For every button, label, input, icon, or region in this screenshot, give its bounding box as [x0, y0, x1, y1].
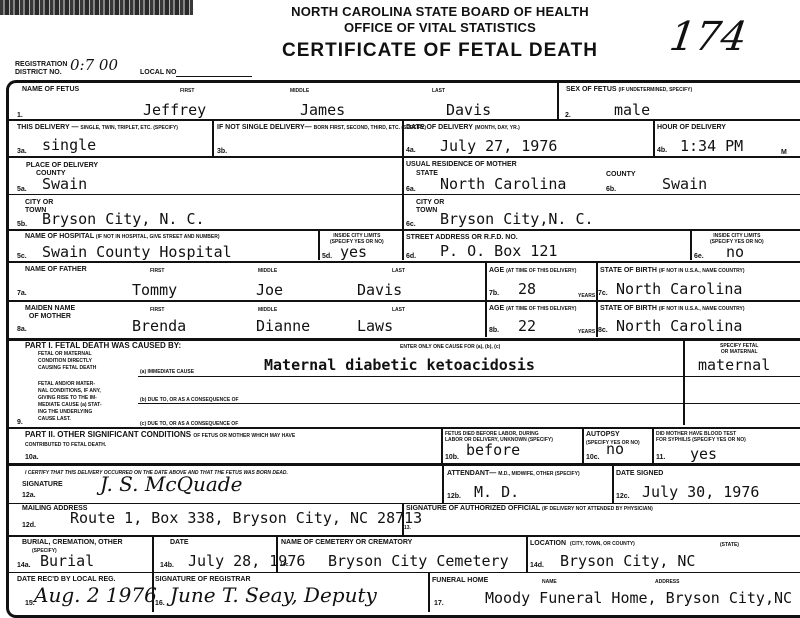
direct-cause-label: FETAL OR MATERNALCONDITION DIRECTLYCAUSI…	[38, 351, 96, 372]
immediate-cause[interactable]: Maternal diabetic ketoacidosis	[264, 356, 535, 374]
fetal-or-maternal[interactable]: maternal	[698, 356, 770, 374]
divider	[596, 261, 598, 337]
cemetery-name[interactable]: Bryson City Cemetery	[328, 552, 509, 570]
fetus-first-name[interactable]: Jeffrey	[143, 101, 206, 119]
this-delivery-label: THIS DELIVERY — SINGLE, TWIN, TRIPLET, E…	[17, 124, 178, 132]
place-label: PLACE OF DELIVERY	[26, 162, 98, 170]
divider	[485, 261, 487, 337]
field-number: 3a.	[17, 148, 27, 155]
field-number: 12b.	[447, 493, 461, 500]
field-number: 13.	[404, 525, 411, 531]
died-when[interactable]: before	[466, 441, 520, 459]
delivery-hour[interactable]: 1:34 PM	[680, 137, 743, 155]
field-number: 7c.	[598, 290, 608, 297]
hour-suffix: M	[781, 149, 787, 156]
residence-county[interactable]: Swain	[662, 175, 707, 193]
divider	[9, 229, 800, 231]
residence-city[interactable]: Bryson City,N. C.	[440, 210, 594, 228]
field-number: 10a.	[25, 454, 39, 461]
last-label: LAST	[392, 267, 405, 275]
field-number: 12d.	[22, 522, 36, 529]
field-number: 12a.	[22, 492, 36, 499]
fetus-last-name[interactable]: Davis	[446, 101, 491, 119]
physician-signature[interactable]: J. S. McQuade	[100, 472, 242, 496]
field-number: 6a.	[406, 186, 416, 193]
divider	[9, 463, 800, 466]
hospital-label: NAME OF HOSPITAL (IF NOT IN HOSPITAL, GI…	[25, 233, 220, 241]
delivery-order-label: IF NOT SINGLE DELIVERY— BORN FIRST, SECO…	[217, 124, 426, 132]
burial-location[interactable]: Bryson City, NC	[560, 552, 695, 570]
age-label: AGE (AT TIME OF THIS DELIVERY)	[489, 305, 576, 313]
divider	[402, 156, 404, 260]
divider	[653, 119, 655, 157]
divider	[9, 156, 800, 158]
hour-label: HOUR OF DELIVERY	[657, 124, 726, 132]
divider	[9, 535, 800, 537]
field-number: 8c.	[598, 327, 608, 334]
field-number: 14b.	[160, 562, 174, 569]
divider	[9, 300, 800, 302]
divider	[652, 427, 654, 463]
residence-state[interactable]: North Carolina	[440, 175, 566, 193]
divider	[9, 427, 800, 429]
divider	[138, 403, 800, 404]
residence-inside-limits[interactable]: no	[726, 243, 744, 261]
divider	[441, 427, 443, 463]
divider	[9, 194, 800, 195]
divider	[612, 463, 614, 503]
divider	[318, 229, 320, 260]
mother-age[interactable]: 22	[518, 317, 536, 335]
attendant[interactable]: M. D.	[474, 483, 519, 501]
field-number: 5b.	[17, 221, 27, 228]
place-county[interactable]: Swain	[42, 175, 87, 193]
mother-first-name[interactable]: Brenda	[132, 317, 186, 335]
father-last-name[interactable]: Davis	[357, 281, 402, 299]
signature-label: SIGNATURE	[22, 481, 63, 489]
date-delivery-label: DATE OF DELIVERY (MONTH, DAY, YR.)	[406, 124, 520, 132]
field-number: 6b.	[606, 186, 616, 193]
mother-birth-state[interactable]: North Carolina	[616, 317, 742, 335]
last-label: LAST	[432, 87, 445, 95]
fetus-sex[interactable]: male	[614, 101, 650, 119]
field-number: 2.	[565, 112, 571, 119]
blood-test[interactable]: yes	[690, 445, 717, 463]
state-label: STATE	[416, 170, 438, 178]
name-label: NAME	[542, 578, 557, 586]
place-inside-limits[interactable]: yes	[340, 243, 367, 261]
residence-label: USUAL RESIDENCE OF MOTHER	[406, 161, 517, 169]
contributing-label: FETAL AND/OR MATER-NAL CONDITIONS, IF AN…	[38, 381, 102, 423]
years-label: YEARS	[578, 292, 595, 300]
field-number: 5d.	[322, 253, 332, 260]
middle-label: MIDDLE	[290, 87, 309, 95]
address-label: ADDRESS	[655, 578, 679, 586]
district-number[interactable]: 0:7 00	[70, 56, 118, 74]
father-birth-state[interactable]: North Carolina	[616, 280, 742, 298]
funeral-home-label: FUNERAL HOME	[432, 577, 488, 585]
local-number-label: LOCAL NO	[140, 69, 176, 76]
field-number: 6e.	[694, 253, 704, 260]
father-label: NAME OF FATHER	[25, 266, 87, 274]
immediate-cause-label: (a) IMMEDIATE CAUSE	[140, 368, 194, 376]
attendant-label: ATTENDANT— M.D., MIDWIFE, OTHER (SPECIFY…	[447, 470, 580, 478]
funeral-home[interactable]: Moody Funeral Home, Bryson City,NC	[485, 589, 792, 607]
divider	[138, 376, 800, 377]
divider	[582, 427, 584, 463]
divider	[442, 463, 444, 503]
mother-last-name[interactable]: Laws	[357, 317, 393, 335]
date-signed[interactable]: July 30, 1976	[642, 483, 759, 501]
field-number: 10c.	[586, 454, 600, 461]
divider	[9, 261, 800, 263]
first-label: FIRST	[150, 306, 164, 314]
field-number: 1.	[17, 112, 23, 119]
disposition-label: BURIAL, CREMATION, OTHER	[22, 539, 123, 547]
field-number: 4a.	[406, 147, 416, 154]
field-number: 17.	[434, 600, 444, 607]
part1-label: PART I. FETAL DEATH WAS CAUSED BY:	[25, 342, 181, 350]
divider	[690, 229, 692, 260]
field-number: 8b.	[489, 327, 499, 334]
age-label: AGE (AT TIME OF THIS DELIVERY)	[489, 267, 576, 275]
divider	[428, 572, 430, 612]
part2-note: CONTRIBUTED TO FETAL DEATH.	[25, 441, 106, 449]
divider	[9, 119, 800, 121]
date-signed-label: DATE SIGNED	[616, 470, 663, 478]
divider	[9, 572, 800, 573]
hospital-name[interactable]: Swain County Hospital	[42, 243, 232, 261]
field-number: 4b.	[657, 147, 667, 154]
divider	[683, 338, 685, 425]
field-number: 7a.	[17, 290, 27, 297]
divider	[276, 535, 278, 572]
field-number: 16.	[155, 600, 165, 607]
years-label: YEARS	[578, 328, 595, 336]
field-number: 14d.	[530, 562, 544, 569]
father-first-name[interactable]: Tommy	[132, 281, 177, 299]
divider	[526, 535, 528, 572]
certificate-number: 174	[667, 14, 750, 60]
mother-middle-name[interactable]: Dianne	[256, 317, 310, 335]
field-number: 6c.	[406, 221, 416, 228]
fetus-name-label: NAME OF FETUS	[22, 86, 79, 94]
local-number-field[interactable]	[176, 76, 252, 77]
divider	[152, 535, 154, 572]
father-middle-name[interactable]: Joe	[256, 281, 283, 299]
field-number: 14a.	[17, 562, 31, 569]
birth-state-label: STATE OF BIRTH (IF NOT IN U.S.A., NAME C…	[600, 305, 745, 313]
part2-label: PART II. OTHER SIGNIFICANT CONDITIONS OF…	[25, 431, 295, 440]
blood-test-label: DID MOTHER HAVE BLOOD TESTFOR SYPHILIS (…	[656, 431, 746, 443]
registrar-signature[interactable]: June T. Seay, Deputy	[170, 583, 377, 607]
registration-label: REGISTRATIONDISTRICT NO.	[15, 61, 67, 77]
disposition[interactable]: Burial	[40, 552, 94, 570]
sex-label: SEX OF FETUS (IF UNDETERMINED, SPECIFY)	[566, 86, 692, 94]
burial-date-label: DATE	[170, 539, 189, 547]
enter-note: ENTER ONLY ONE CAUSE FOR (a), (b), (c)	[400, 343, 500, 351]
birth-state-label: STATE OF BIRTH (IF NOT IN U.S.A., NAME C…	[600, 267, 745, 275]
county-label: COUNTY	[606, 171, 636, 179]
field-number: 12c.	[616, 493, 630, 500]
field-number: 14c.	[280, 562, 290, 568]
specify-label: SPECIFY FETALOR MATERNAL	[720, 343, 758, 355]
divider	[9, 503, 800, 504]
divider	[402, 119, 404, 157]
field-number: 9.	[17, 419, 23, 426]
state-label: (STATE)	[720, 541, 739, 549]
field-number: 7b.	[489, 290, 499, 297]
first-label: FIRST	[180, 87, 194, 95]
field-number: 5c.	[17, 253, 27, 260]
divider	[557, 83, 559, 119]
first-label: FIRST	[150, 267, 164, 275]
autopsy[interactable]: no	[606, 440, 624, 458]
middle-label: MIDDLE	[258, 267, 277, 275]
divider	[212, 119, 214, 157]
cemetery-label: NAME OF CEMETERY OR CREMATORY	[281, 539, 412, 547]
divider	[152, 572, 154, 612]
field-number: 11.	[656, 454, 665, 461]
street-label: STREET ADDRESS OR R.F.D. NO.	[406, 234, 518, 242]
field-number: 8a.	[17, 326, 27, 333]
mailing-address[interactable]: Route 1, Box 338, Bryson City, NC 28713	[70, 509, 422, 527]
official-signature-label: SIGNATURE OF AUTHORIZED OFFICIAL (IF DEL…	[406, 505, 653, 513]
mother-label: MAIDEN NAME OF MOTHER	[25, 305, 75, 321]
delivery-date[interactable]: July 27, 1976	[440, 137, 557, 155]
field-number: 3b.	[217, 148, 227, 155]
field-number: 10b.	[445, 454, 459, 461]
residence-street[interactable]: P. O. Box 121	[440, 242, 557, 260]
field-number: 6d.	[406, 253, 416, 260]
fetus-middle-name[interactable]: James	[300, 101, 345, 119]
date-received[interactable]: Aug. 2 1976	[34, 583, 157, 607]
middle-label: MIDDLE	[258, 306, 277, 314]
father-age[interactable]: 28	[518, 280, 536, 298]
last-label: LAST	[392, 306, 405, 314]
place-city[interactable]: Bryson City, N. C.	[42, 210, 205, 228]
delivery-type[interactable]: single	[42, 136, 96, 154]
field-number: 5a.	[17, 186, 27, 193]
location-label: LOCATION (CITY, TOWN, OR COUNTY)	[530, 540, 635, 548]
